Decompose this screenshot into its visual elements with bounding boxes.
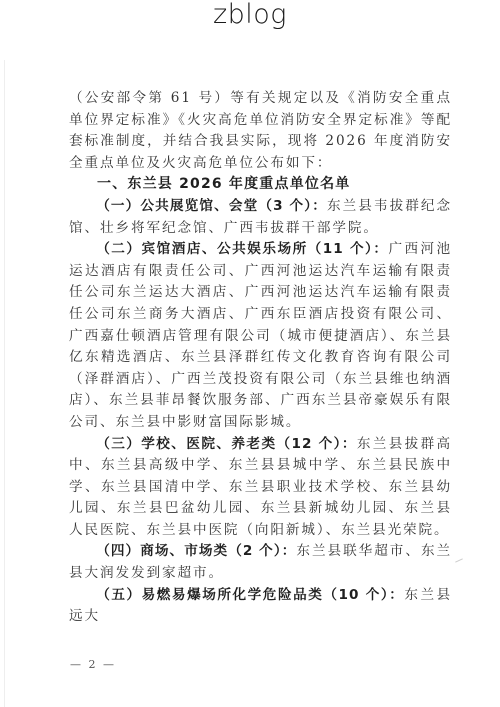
category-title: （五）易燃易爆场所化学危险品类（10 个）： [96,587,404,603]
document-content: （公安部令第 61 号）等有关规定以及《消防安全重点单位界定标准》《火灾高危单位… [69,88,452,628]
intro-paragraph: （公安部令第 61 号）等有关规定以及《消防安全重点单位界定标准》《火灾高危单位… [69,88,452,174]
category-paragraph: （四）商场、市场类（2 个）：东兰县联华超市、东兰县大润发发到家超市。 [69,541,452,584]
category-title: （四）商场、市场类（2 个）： [96,543,296,559]
category-paragraph: （五）易燃易爆场所化学危险品类（10 个）：东兰县远大 [69,585,452,628]
document-page: （公安部令第 61 号）等有关规定以及《消防安全重点单位界定标准》《火灾高危单位… [4,60,500,707]
category-paragraph: （一）公共展览馆、会堂（3 个）：东兰县韦拔群纪念馆、壮乡将军纪念馆、广西韦拔群… [69,196,452,239]
category-title: （一）公共展览馆、会堂（3 个）： [96,198,327,214]
watermark: zblog [0,0,500,30]
category-paragraph: （二）宾馆酒店、公共娱乐场所（11 个）：广西河池运达酒店有限责任公司、广西河池… [69,239,452,433]
category-body: 广西河池运达酒店有限责任公司、广西河池运达汽车运输有限责任公司东兰运达大酒店、广… [69,241,452,430]
category-title: （三）学校、医院、养老类（12 个）： [96,436,357,452]
category-paragraph: （三）学校、医院、养老类（12 个）：东兰县拔群高中、东兰县高级中学、东兰县县城… [69,434,452,542]
section-title: 一、东兰县 2026 年度重点单位名单 [69,174,452,196]
category-title: （二）宾馆酒店、公共娱乐场所（11 个）： [96,241,388,257]
page-number: — 2 — [70,658,116,671]
